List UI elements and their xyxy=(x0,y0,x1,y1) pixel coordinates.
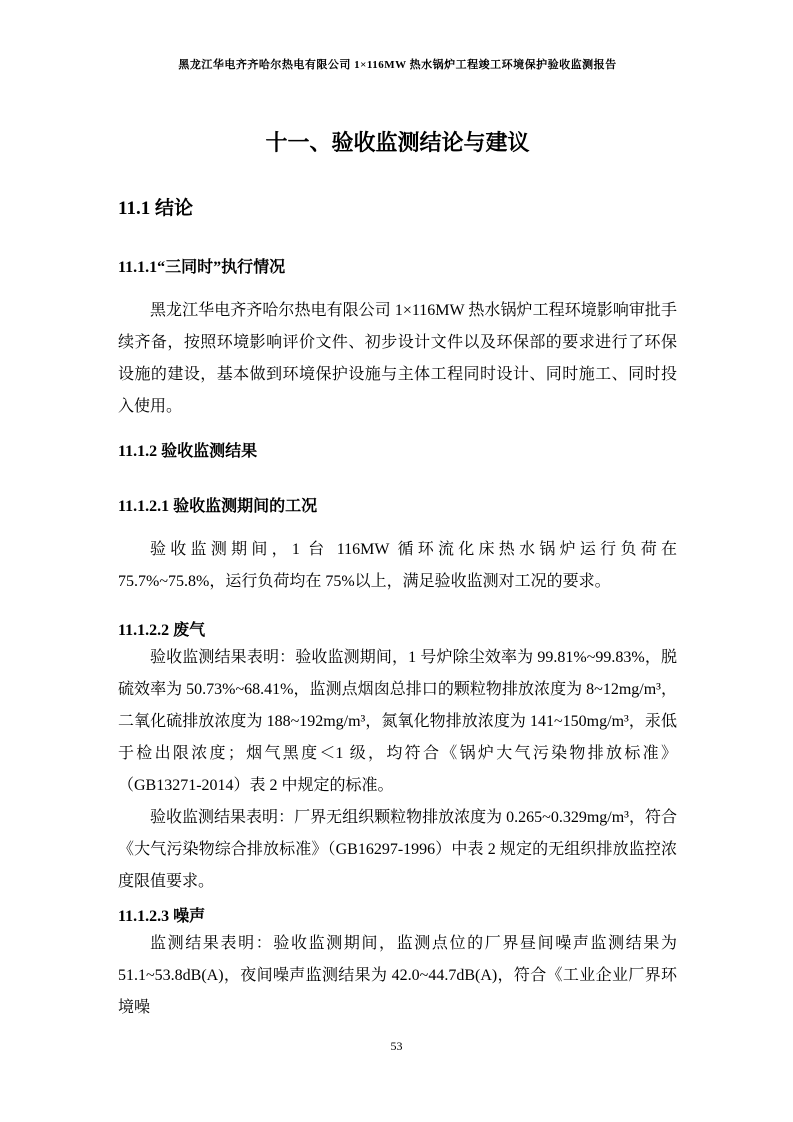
heading-11-1-2-1: 11.1.2.1 验收监测期间的工况 xyxy=(118,496,677,518)
paragraph-operating-conditions: 验收监测期间，1 台 116MW 循环流化床热水锅炉运行负荷在 75.7%~75… xyxy=(118,534,677,598)
chapter-title: 十一、验收监测结论与建议 xyxy=(118,128,677,158)
page-content: 黑龙江华电齐齐哈尔热电有限公司 1×116MW 热水锅炉工程竣工环境保护验收监测… xyxy=(0,0,793,1024)
paragraph-waste-gas-fugitive: 验收监测结果表明：厂界无组织颗粒物排放浓度为 0.265~0.329mg/m³，… xyxy=(118,802,677,898)
heading-11-1: 11.1 结论 xyxy=(118,196,677,222)
running-header: 黑龙江华电齐齐哈尔热电有限公司 1×116MW 热水锅炉工程竣工环境保护验收监测… xyxy=(118,0,677,73)
document-page: 黑龙江华电齐齐哈尔热电有限公司 1×116MW 热水锅炉工程竣工环境保护验收监测… xyxy=(0,0,793,1122)
paragraph-three-simultaneity: 黑龙江华电齐齐哈尔热电有限公司 1×116MW 热水锅炉工程环境影响审批手续齐备… xyxy=(118,295,677,423)
heading-11-1-2: 11.1.2 验收监测结果 xyxy=(118,441,677,463)
paragraph-noise: 监测结果表明：验收监测期间，监测点位的厂界昼间噪声监测结果为 51.1~53.8… xyxy=(118,928,677,1024)
heading-11-1-2-3: 11.1.2.3 噪声 xyxy=(118,906,677,928)
paragraph-waste-gas-stack: 验收监测结果表明：验收监测期间，1 号炉除尘效率为 99.81%~99.83%，… xyxy=(118,642,677,802)
heading-11-1-2-2: 11.1.2.2 废气 xyxy=(118,620,677,642)
heading-11-1-1: 11.1.1“三同时”执行情况 xyxy=(118,257,677,279)
page-number: 53 xyxy=(0,1038,793,1054)
